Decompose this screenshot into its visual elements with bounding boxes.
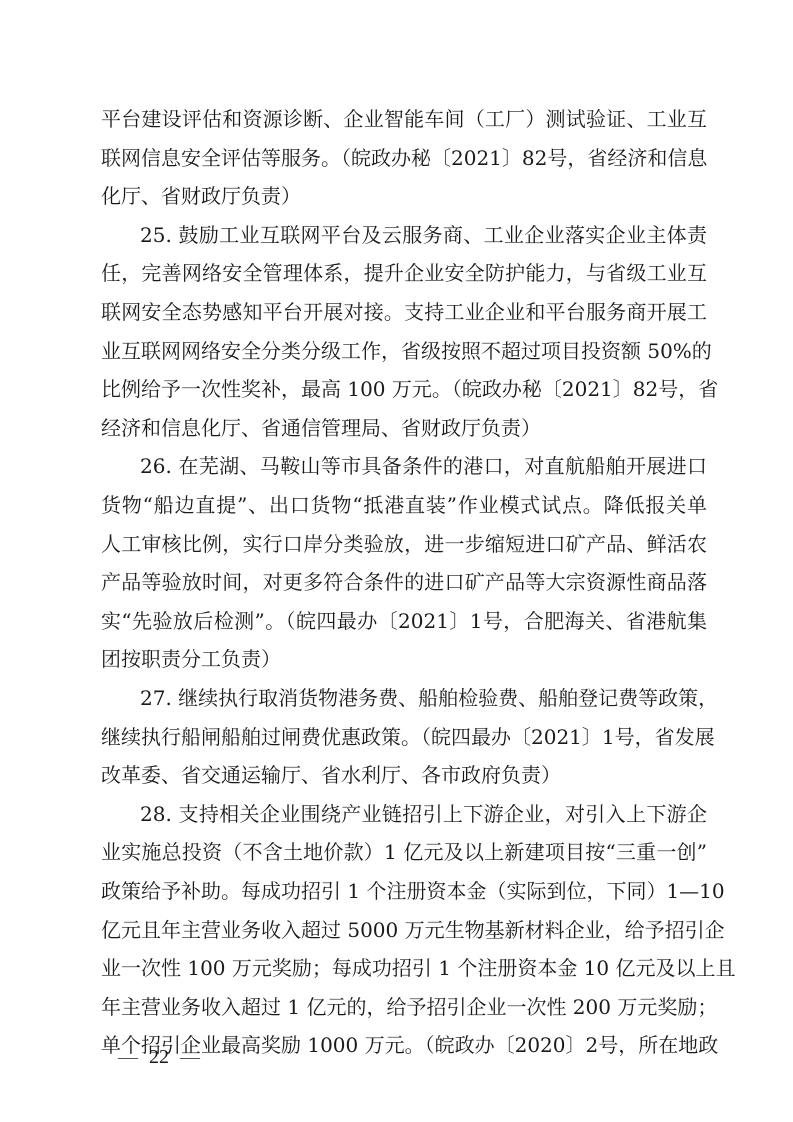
text-line: 人工审核比例，实行口岸分类验放，进一步缩短进口矿产品、鲜活农 bbox=[101, 529, 707, 559]
text-line: 产品等验放时间，对更多符合条件的进口矿产品等大宗资源性商品落 bbox=[101, 567, 707, 597]
text-line: 业实施总投资（不含土地价款）1 亿元及以上新建项目按“三重一创” bbox=[101, 837, 707, 867]
text-line: 比例给予一次性奖补，最高 100 万元。（皖政办秘〔2021〕82号，省 bbox=[101, 374, 707, 404]
page-number: — 22 — bbox=[112, 1046, 206, 1069]
text-line: 亿元且年主营业务收入超过 5000 万元生物基新材料企业，给予招引企 bbox=[101, 915, 707, 945]
text-line: 25. 鼓励工业互联网平台及云服务商、工业企业落实企业主体责 bbox=[140, 220, 707, 250]
text-line: 经济和信息化厅、省通信管理局、省财政厅负责） bbox=[101, 413, 707, 443]
text-line: 继续执行船闸船舶过闸费优惠政策。（皖四最办〔2021〕1号，省发展 bbox=[101, 722, 707, 752]
text-line: 货物“船边直提”、出口货物“抵港直装”作业模式试点。降低报关单 bbox=[101, 490, 707, 520]
text-line: 化厅、省财政厅负责） bbox=[101, 181, 707, 211]
text-line: 联网信息安全评估等服务。（皖政办秘〔2021〕82号，省经济和信息 bbox=[101, 143, 707, 173]
text-line: 联网安全态势感知平台开展对接。支持工业企业和平台服务商开展工 bbox=[101, 297, 707, 327]
text-line: 平台建设评估和资源诊断、企业智能车间（工厂）测试验证、工业互 bbox=[101, 104, 707, 134]
text-line: 实“先验放后检测”。（皖四最办〔2021〕1号，合肥海关、省港航集 bbox=[101, 606, 707, 636]
page-number-dash-left: — bbox=[112, 1046, 144, 1068]
document-page: 平台建设评估和资源诊断、企业智能车间（工厂）测试验证、工业互联网信息安全评估等服… bbox=[0, 0, 793, 1122]
text-line: 业一次性 100 万元奖励；每成功招引 1 个注册资本金 10 亿元及以上且 bbox=[101, 953, 707, 983]
text-line: 任，完善网络安全管理体系，提升企业安全防护能力，与省级工业互 bbox=[101, 258, 707, 288]
text-line: 改革委、省交通运输厅、省水利厅、各市政府负责） bbox=[101, 760, 707, 790]
page-number-dash-right: — bbox=[174, 1046, 206, 1068]
text-line: 政策给予补助。每成功招引 1 个注册资本金（实际到位，下同）1—10 bbox=[101, 876, 707, 906]
text-line: 团按职责分工负责） bbox=[101, 644, 707, 674]
text-line: 年主营业务收入超过 1 亿元的，给予招引企业一次性 200 万元奖励； bbox=[101, 992, 707, 1022]
text-line: 26. 在芜湖、马鞍山等市具备条件的港口，对直航船舶开展进口 bbox=[140, 451, 707, 481]
text-line: 28. 支持相关企业围绕产业链招引上下游企业，对引入上下游企 bbox=[140, 799, 707, 829]
text-line: 业互联网网络安全分类分级工作，省级按照不超过项目投资额 50%的 bbox=[101, 336, 707, 366]
page-number-value: 22 bbox=[149, 1046, 169, 1068]
text-line: 27. 继续执行取消货物港务费、船舶检验费、船舶登记费等政策， bbox=[140, 683, 707, 713]
